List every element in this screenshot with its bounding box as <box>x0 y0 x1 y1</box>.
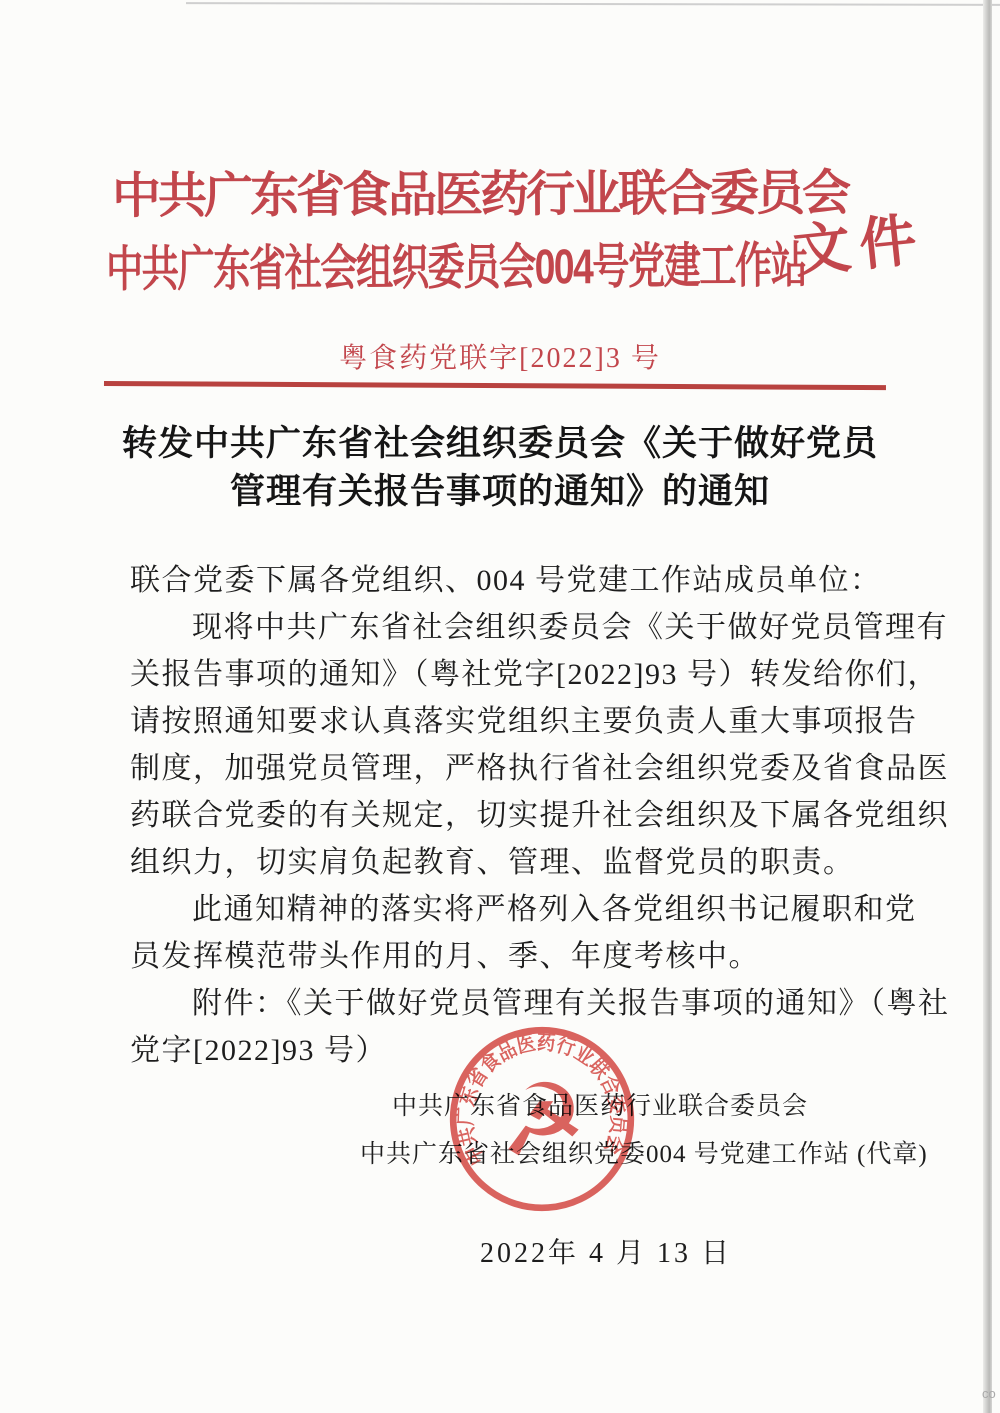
document-date: 2022年 4 月 13 日 <box>480 1231 732 1271</box>
scan-page-edge-top <box>186 2 1000 6</box>
body-line: 现将中共广东省社会组织委员会《关于做好党员管理有 <box>130 604 878 651</box>
document-number: 粤食药党联字[2022]3 号 <box>0 336 1000 376</box>
body-line: 请按照通知要求认真落实党组织主要负责人重大事项报告 <box>130 698 878 745</box>
scanned-official-document: co 中共广东省食品医药行业联合委员会 中共广东省社会组织委员会004号党建工作… <box>0 0 1000 1413</box>
body-line: 此通知精神的落实将严格列入各党组织书记履职和党 <box>130 886 878 933</box>
watermark-fragment: co <box>982 1386 996 1401</box>
attachment-line: 附件：《关于做好党员管理有关报告事项的通知》（粤社 <box>130 980 878 1027</box>
scan-page-edge-right <box>983 0 992 1413</box>
letterhead-org-line-1: 中共广东省食品医药行业联合委员会 <box>112 154 848 227</box>
letterhead-org-line-2: 中共广东省社会组织委员会004号党建工作站 <box>106 227 807 301</box>
body-line: 药联合党委的有关规定，切实提升社会组织及下属各党组织 <box>130 792 878 839</box>
document-title-line-2: 管理有关报告事项的通知》的通知 <box>100 468 900 516</box>
hammer-sickle-icon: ☭ <box>494 1061 590 1181</box>
document-body: 联合党委下属各党组织、004 号党建工作站成员单位： 现将中共广东省社会组织委员… <box>130 557 878 1074</box>
document-title: 转发中共广东省社会组织委员会《关于做好党员 管理有关报告事项的通知》的通知 <box>100 420 900 516</box>
body-line: 关报告事项的通知》（粤社党字[2022]93 号）转发给你们， <box>130 651 878 698</box>
body-line: 组织力，切实肩负起教育、管理、监督党员的职责。 <box>130 839 878 886</box>
body-line: 员发挥模范带头作用的月、季、年度考核中。 <box>130 933 878 980</box>
salutation-line: 联合党委下属各党组织、004 号党建工作站成员单位： <box>130 557 878 604</box>
body-line: 制度，加强党员管理，严格执行省社会组织党委及省食品医 <box>130 745 878 792</box>
official-seal: 中共广东省食品医药行业联合委员会 ☭ <box>438 1015 645 1222</box>
red-separator-rule <box>104 381 886 390</box>
letterhead-doc-type-label: 文件 <box>789 193 929 288</box>
document-title-line-1: 转发中共广东省社会组织委员会《关于做好党员 <box>100 420 900 468</box>
